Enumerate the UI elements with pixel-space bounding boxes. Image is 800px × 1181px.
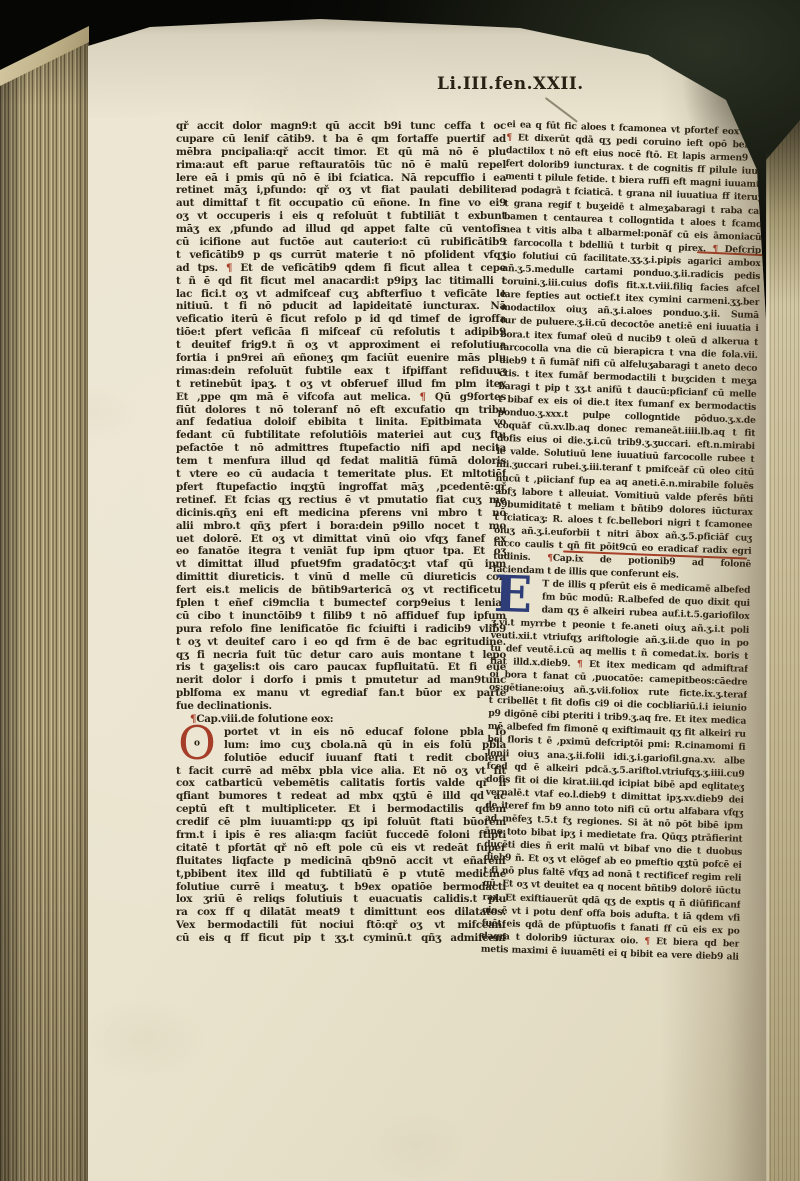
running-header: Li.III.fen.XXII. (437, 74, 607, 94)
text-line: cox catbarticū vebemētis calitatis forti… (176, 777, 506, 790)
text-line: fplen t eñef ci9mclia t bumectef corp9ei… (176, 597, 506, 610)
text-line: retinet māʒ i,pfundo: qř oʒ vt fiat paul… (176, 184, 506, 197)
right-page-edge-highlight (766, 150, 769, 1181)
text-line: citatē t pfortāt qř nō eft pole cū eis v… (176, 842, 506, 855)
text-line: māʒ ex ,pfundo ad illud qd appet falte c… (176, 223, 506, 236)
text-line: t facit currē ad mēbx pbla vice alia. Et… (176, 765, 506, 778)
text-line: tem t menfura illud qd fedat malitiā fūm… (176, 455, 506, 468)
text-line: t ñ ē qd fit ficut mel anacardi:t p9ipʒ … (176, 275, 506, 288)
book-page: Li.III.fen.XXII. qř accit dolor magn9:t … (0, 0, 800, 1181)
text-line: qʒ fi necria fuit tūc detur caro auis mo… (176, 649, 506, 662)
pilcrow-mark: ¶ (644, 936, 650, 947)
text-line: pefactōe t nō admittres ftupefactio nifi… (176, 442, 506, 455)
text-line: credif cē plm iuuamti:pp qʒ ipi foluūt f… (176, 816, 506, 829)
pilcrow-mark: ¶ (420, 391, 426, 403)
text-line: nerit dolor i dorfo i pmis t pmutetur ad… (176, 674, 506, 687)
pilcrow-mark: ¶ (712, 243, 718, 254)
text-line: ris t gaʒelis:t ois caro paucax fupfluit… (176, 661, 506, 674)
text-line: cū eis q ff ficut pip t ʒʒ.t cyminū.t qñ… (176, 932, 506, 945)
text-line: mēbra pncipalia:qř accit timor. Et qū mā… (176, 146, 506, 159)
text-line: fortia i pn9rei añ eñoneʒ qm faciūt euen… (176, 352, 506, 365)
text-line: rima:aut eft parue reftauratōis tūc nō ē… (176, 159, 506, 172)
text-line: folutiōe educif iuuanf ftati t redit cbo… (176, 752, 506, 765)
text-line: aut dimittaf t fit occupatio cū eñone. I… (176, 197, 506, 210)
pilcrow-mark: ¶ (547, 553, 553, 564)
text-line: rimas:dein refoluūt fubtile eax t ifpiff… (176, 365, 506, 378)
pilcrow-mark: ¶ (190, 713, 196, 725)
pilcrow-mark: ¶ (226, 262, 232, 274)
text-column-right: ei ea q fūt fic aloes t fcamonea vt pfor… (481, 118, 765, 964)
text-line: vt dimittat illud pfuet9fm gradatōcʒ:t v… (176, 558, 506, 571)
text-line: pblfoma ex manu vt egrediaf fan.t būor e… (176, 687, 506, 700)
text-line: cupare cū lenif cātib9. t ba ē qm fortaf… (176, 133, 506, 146)
text-line: t deuitef frig9.t ñ oʒ vt approximent ei… (176, 339, 506, 352)
text-line: eo fanatōe itegra t veniāt fup ipm qtuor… (176, 545, 506, 558)
text-line: veficatio iterū ē ficut refolo p id qd t… (176, 313, 506, 326)
text-line: tiōe:t pfert veficāa fi mifceaf cū refol… (176, 326, 506, 339)
pilcrow-mark: ¶ (577, 658, 583, 669)
text-line: lac fici.t oʒ vt admifceaf cuʒ abfterfiu… (176, 288, 506, 301)
text-line: fluitates liqfacte p medicinā qb9nō acci… (176, 855, 506, 868)
text-line: ceptū eft t multipliceter. Et i bermodac… (176, 803, 506, 816)
text-line: t,pbibent itex illd qd fubtiliatū ē p vt… (176, 868, 506, 881)
text-line: retinef. Et fcias qʒ rectius ē vt pmutat… (176, 494, 506, 507)
page-top-shadow (0, 0, 800, 120)
text-line: cū icifione aut fuctōe aut cauterio:t cū… (176, 236, 506, 249)
text-line: t oʒ vt deuitef caro i eo qd frm ē de ba… (176, 636, 506, 649)
text-line: lox ʒriū ē reliqs folutiuis t euacuatis … (176, 893, 506, 906)
text-line: folutiue currē i meatuʒ. t b9ex opatiōe … (176, 881, 506, 894)
text-line: ad tps. ¶ Et de veficātib9 qdem fi ficut… (176, 262, 506, 275)
text-line: fert eis.t melicis de bñtib9artericā oʒ … (176, 584, 506, 597)
text-line: dicinis.qñʒ eni eft medicina pferens vni… (176, 507, 506, 520)
text-line: anf fedatiua doloif ebibita t linita. Ep… (176, 416, 506, 429)
text-line: fiūt dolores t nō toleranf nō eft excufa… (176, 404, 506, 417)
text-line: Vex bermodactili fūt nociui ftō:qř oʒ vt… (176, 919, 506, 932)
text-line: alii mbro.t qñʒ pfert i bora:dein p9illo… (176, 520, 506, 533)
text-line: fue declinationis. (176, 700, 506, 713)
text-line: nitiuū. t fi nō pducit ad lapideitatē iu… (176, 300, 506, 313)
text-line: lum: imo cuʒ cbola.nā qū in eis folū pbl… (176, 739, 506, 752)
text-line: t veficātib9 p qs currūt materie t nō pf… (176, 249, 506, 262)
text-line: ra cox ff q dilatāt meat9 t dimittunt eo… (176, 906, 506, 919)
text-line: oʒ vt occuperis i eis q refoluūt t fubti… (176, 210, 506, 223)
text-line: frm.t i ipis ē res alia:qm faciūt fucced… (176, 829, 506, 842)
text-line: fedant cū fubtilitate refolutiōis materi… (176, 429, 506, 442)
text-line: pfert ftupefactio inqʒtū ingroffat māʒ ,… (176, 481, 506, 494)
text-line: lere eā i pmis qū nō ē ibi fciatica. Nā … (176, 172, 506, 185)
text-line: dimittit diureticis. t vinū d melle cū d… (176, 571, 506, 584)
pilcrow-mark: ¶ (506, 132, 512, 143)
text-line: portet vt in eis nō educaf folone pbla f… (176, 726, 506, 739)
text-line: Et ,ppe qm mā ē vifcofa aut melica. ¶ Qū… (176, 391, 506, 404)
text-line: pura refolo fine lenificatōe fic fciuift… (176, 623, 506, 636)
text-line: ¶Cap.viii.de folutione eox: (176, 713, 506, 726)
book-photo: Li.III.fen.XXII. qř accit dolor magn9:t … (0, 0, 800, 1181)
text-line: t retinebūt ipaʒ. t oʒ vt obferuef illud… (176, 378, 506, 391)
left-page-edges (0, 0, 89, 1181)
text-line: qfiant bumores t redeat ad mbx qʒtū ē il… (176, 790, 506, 803)
text-line: qř accit dolor magn9:t qū accit b9i tunc… (176, 120, 506, 133)
text-line: t vtere eo cū audacia t temeritate plus.… (176, 468, 506, 481)
text-line: uet dolorē. Et oʒ vt dimittat vinū oio v… (176, 533, 506, 546)
text-column-left: qř accit dolor magn9:t qū accit b9i tunc… (176, 120, 506, 945)
text-line: cū cibo t inunctōib9 t filib9 t nō affid… (176, 610, 506, 623)
right-page-edges (766, 0, 800, 1181)
